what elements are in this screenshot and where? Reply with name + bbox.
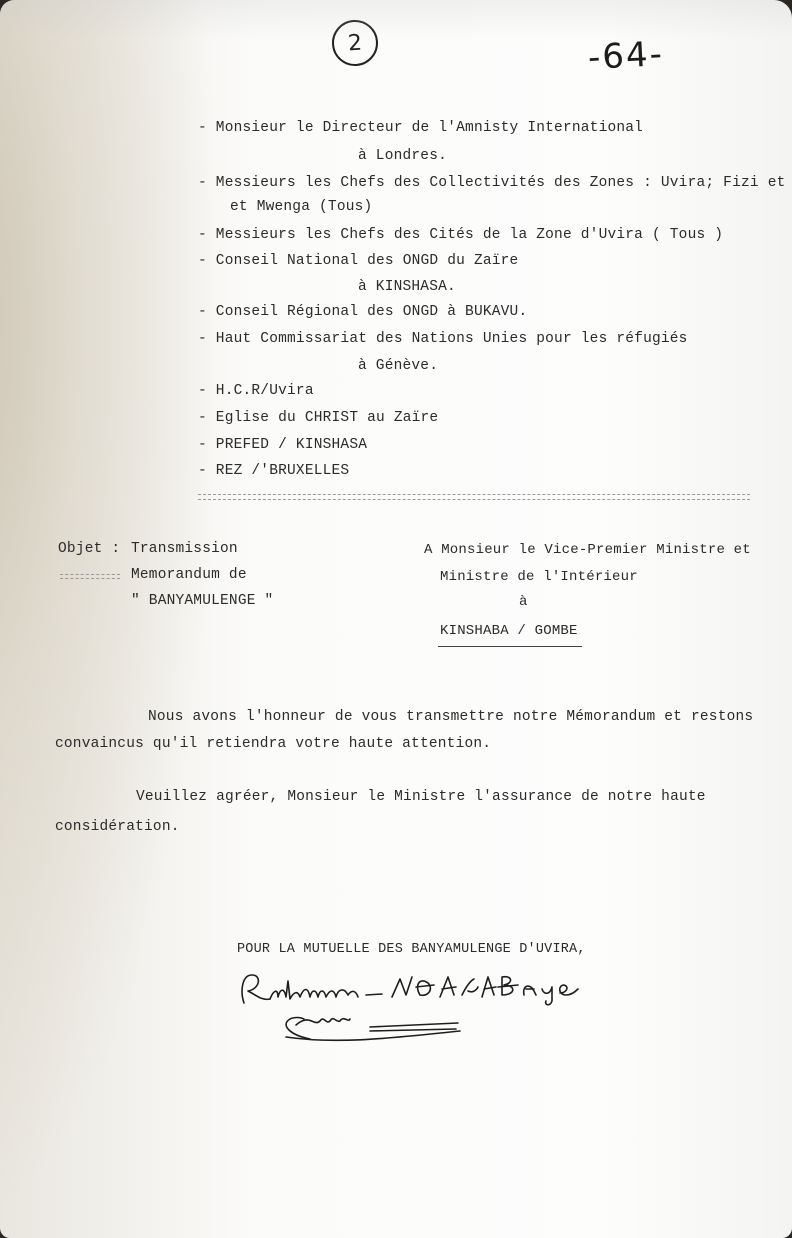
scanned-letter-page: 2 -64- - Monsieur le Directeur de l'Amni… bbox=[0, 0, 792, 1238]
recipient-conseil-national: - Conseil National des ONGD du Zaïre bbox=[198, 254, 518, 269]
addressee-line-1: A Monsieur le Vice-Premier Ministre et bbox=[424, 543, 751, 557]
object-line-2: Memorandum de bbox=[131, 568, 247, 583]
object-label: Objet : bbox=[58, 542, 120, 557]
separator-line bbox=[198, 494, 750, 500]
recipient-rez: - REZ /'BRUXELLES bbox=[198, 464, 349, 479]
handwritten-page-number: -64- bbox=[587, 34, 665, 78]
object-line-3: " BANYAMULENGE " bbox=[131, 594, 273, 609]
recipient-amnesty-location: à Londres. bbox=[358, 149, 447, 164]
body-paragraph-2-line-1: Veuillez agréer, Monsieur le Ministre l'… bbox=[136, 790, 706, 805]
circled-number: 2 bbox=[347, 30, 363, 56]
addressee-underline bbox=[438, 646, 582, 647]
closing-organization: POUR LA MUTUELLE DES BANYAMULENGE D'UVIR… bbox=[237, 943, 586, 957]
circled-page-marker: 2 bbox=[330, 18, 379, 67]
signature-icon bbox=[230, 965, 650, 1055]
recipient-conseil-regional: - Conseil Régional des ONGD à BUKAVU. bbox=[198, 305, 527, 320]
recipient-prefed: - PREFED / KINSHASA bbox=[198, 438, 367, 453]
recipient-collectivites: - Messieurs les Chefs des Collectivités … bbox=[198, 176, 786, 191]
recipient-amnesty: - Monsieur le Directeur de l'Amnisty Int… bbox=[198, 121, 643, 136]
recipient-cites: - Messieurs les Chefs des Cités de la Zo… bbox=[198, 228, 723, 243]
handwritten-signature bbox=[230, 965, 650, 1060]
body-paragraph-2-line-2: considération. bbox=[55, 820, 180, 835]
recipient-eglise: - Eglise du CHRIST au Zaïre bbox=[198, 411, 438, 426]
recipient-collectivites-cont: et Mwenga (Tous) bbox=[230, 200, 372, 215]
addressee-line-2: Ministre de l'Intérieur bbox=[440, 570, 638, 584]
addressee-line-3: à bbox=[519, 595, 528, 609]
body-paragraph-1-line-2: convaincus qu'il retiendra votre haute a… bbox=[55, 737, 491, 752]
recipient-hcr-location: à Génève. bbox=[358, 359, 438, 374]
object-label-underline bbox=[60, 574, 120, 579]
recipient-conseil-national-location: à KINSHASA. bbox=[358, 280, 456, 295]
recipient-hcr: - Haut Commissariat des Nations Unies po… bbox=[198, 332, 688, 347]
recipient-hcr-uvira: - H.C.R/Uvira bbox=[198, 384, 314, 399]
object-line-1: Transmission bbox=[131, 542, 238, 557]
addressee-city: KINSHABA / GOMBE bbox=[440, 624, 578, 638]
body-paragraph-1-line-1: Nous avons l'honneur de vous transmettre… bbox=[148, 710, 753, 725]
